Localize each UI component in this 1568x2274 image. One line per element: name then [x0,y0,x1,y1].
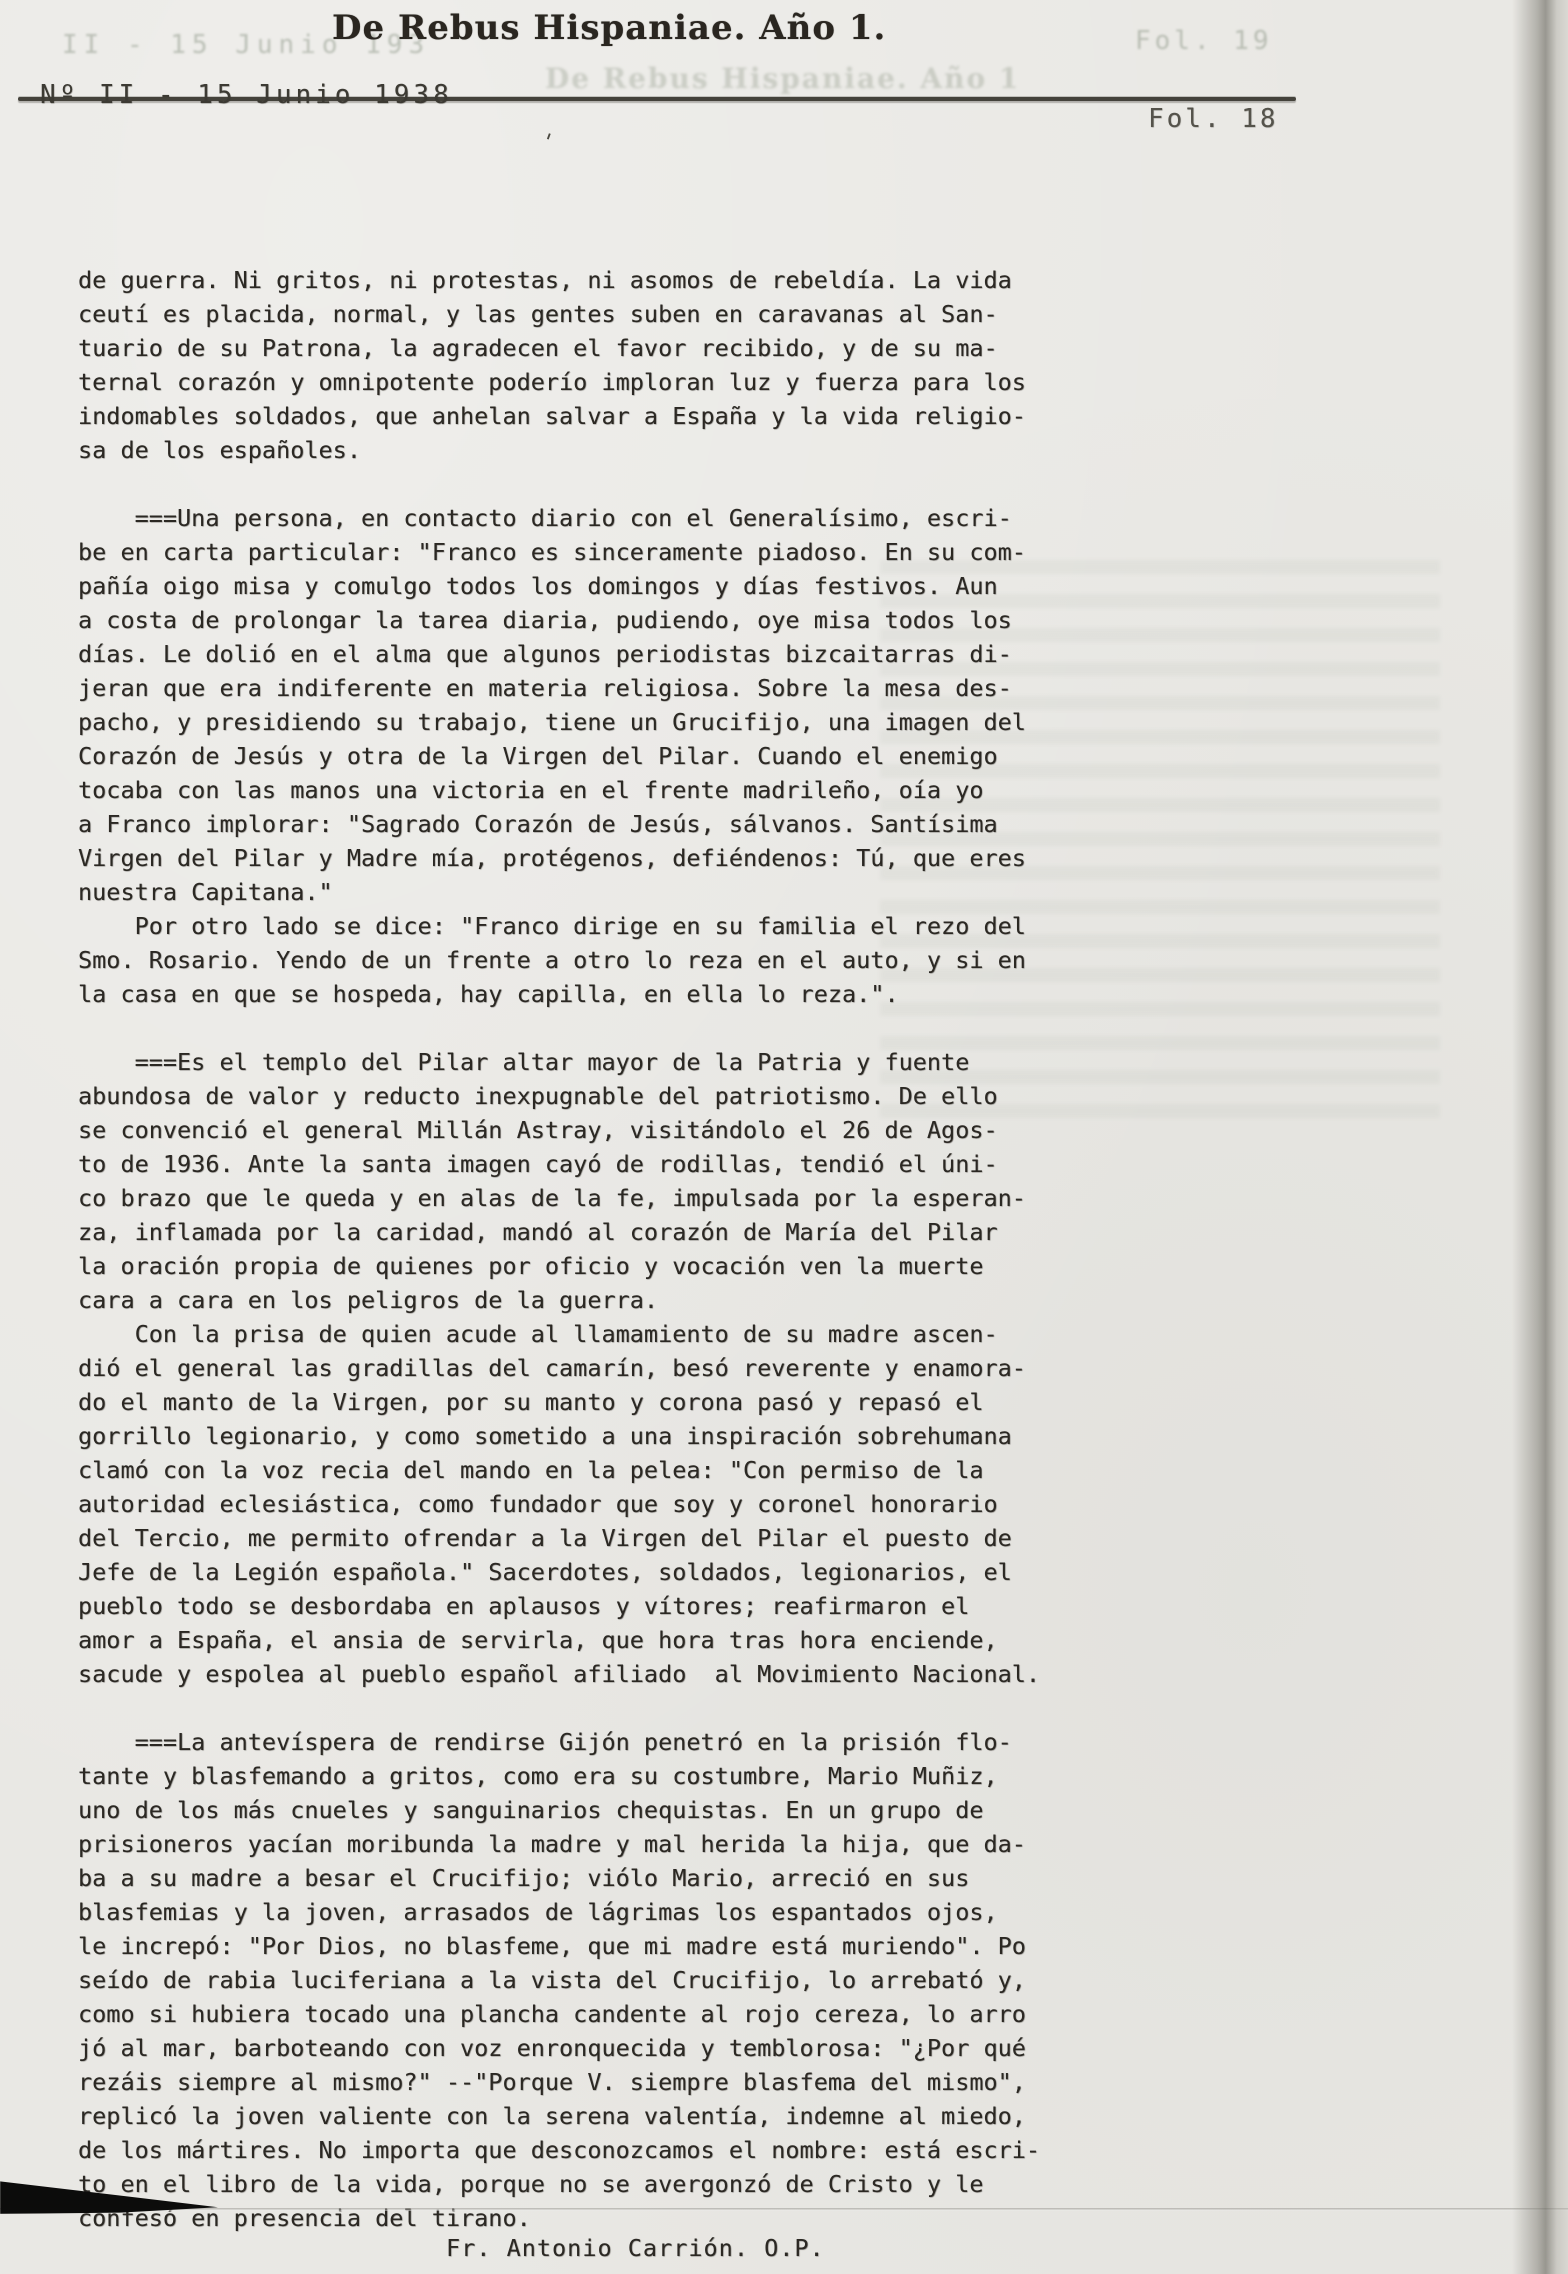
text-line: uno de los más cnueles y sanguinarios ch… [78,1793,1118,1827]
text-line: ===Una persona, en contacto diario con e… [78,501,1118,535]
text-line: pañía oigo misa y comulgo todos los domi… [78,569,1118,603]
text-line: la oración propia de quienes por oficio … [78,1249,1118,1283]
text-line: jó al mar, barboteando con voz enronquec… [78,2031,1118,2065]
text-line: replicó la joven valiente con la serena … [78,2099,1118,2133]
text-line: ternal corazón y omnipotente poderío imp… [78,365,1118,399]
text-line: co brazo que le queda y en alas de la fe… [78,1181,1118,1215]
text-line: Virgen del Pilar y Madre mía, protégenos… [78,841,1118,875]
text-line: Por otro lado se dice: "Franco dirige en… [78,909,1118,943]
text-line: prisioneros yacían moribunda la madre y … [78,1827,1118,1861]
text-line [78,1691,1118,1725]
text-line: tuario de su Patrona, la agradecen el fa… [78,331,1118,365]
text-line: pueblo todo se desbordaba en aplausos y … [78,1589,1118,1623]
text-line: la casa en que se hospeda, hay capilla, … [78,977,1118,1011]
text-line: indomables soldados, que anhelan salvar … [78,399,1118,433]
crease-line [0,2208,1568,2211]
text-line: Con la prisa de quien acude al llamamien… [78,1317,1118,1351]
text-line: tocaba con las manos una victoria en el … [78,773,1118,807]
document-page: II - 15 Junio 193 De Rebus Hispaniae. Añ… [0,0,1568,2274]
typewritten-text: de guerra. Ni gritos, ni protestas, ni a… [78,263,1118,2235]
text-line: amor a España, el ansia de servirla, que… [78,1623,1118,1657]
text-line: se convenció el general Millán Astray, v… [78,1113,1118,1147]
text-line: to de 1936. Ante la santa imagen cayó de… [78,1147,1118,1181]
text-line: nuestra Capitana." [78,875,1118,909]
text-line: Smo. Rosario. Yendo de un frente a otro … [78,943,1118,977]
folio-number: Fol. 18 [1148,104,1279,134]
text-line: días. Le dolió en el alma que algunos pe… [78,637,1118,671]
text-line: be en carta particular: "Franco es since… [78,535,1118,569]
stray-ink-mark: ' [536,128,557,156]
text-line: ba a su madre a besar el Crucifijo; viól… [78,1861,1118,1895]
text-line [78,467,1118,501]
text-line: le increpó: "Por Dios, no blasfeme, que … [78,1929,1118,1963]
text-line: to en el libro de la vida, porque no se … [78,2167,1118,2201]
text-line: Corazón de Jesús y otra de la Virgen del… [78,739,1118,773]
text-line: cara a cara en los peligros de la guerra… [78,1283,1118,1317]
text-line: como si hubiera tocado una plancha cande… [78,1997,1118,2031]
text-line: confesó en presencia del tirano. [78,2201,1118,2235]
text-line: za, inflamada por la caridad, mandó al c… [78,1215,1118,1249]
text-line: a costa de prolongar la tarea diaria, pu… [78,603,1118,637]
text-line: de guerra. Ni gritos, ni protestas, ni a… [78,263,1118,297]
text-line: de los mártires. No importa que desconoz… [78,2133,1118,2167]
text-line: blasfemias y la joven, arrasados de lágr… [78,1895,1118,1929]
text-line: ===La antevíspera de rendirse Gijón pene… [78,1725,1118,1759]
issue-date-line: Nº II - 15 Junio 1938 [40,80,453,110]
text-line: seído de rabia luciferiana a la vista de… [78,1963,1118,1997]
text-line: rezáis siempre al mismo?" --"Porque V. s… [78,2065,1118,2099]
text-line: sa de los españoles. [78,433,1118,467]
page-title: De Rebus Hispaniae. Año 1. [332,8,886,48]
page-edge-shadow [1512,0,1568,2274]
text-line: del Tercio, me permito ofrendar a la Vir… [78,1521,1118,1555]
text-line: gorrillo legionario, y como sometido a u… [78,1419,1118,1453]
text-line: jeran que era indiferente en materia rel… [78,671,1118,705]
text-line: autoridad eclesiástica, como fundador qu… [78,1487,1118,1521]
text-line [78,1011,1118,1045]
text-line: Jefe de la Legión española." Sacerdotes,… [78,1555,1118,1589]
text-line: dió el general las gradillas del camarín… [78,1351,1118,1385]
text-line: a Franco implorar: "Sagrado Corazón de J… [78,807,1118,841]
text-line: clamó con la voz recia del mando en la p… [78,1453,1118,1487]
text-line: abundosa de valor y reducto inexpugnable… [78,1079,1118,1113]
author-signature: Fr. Antonio Carrión. O.P. [446,2234,825,2262]
text-line: do el manto de la Virgen, por su manto y… [78,1385,1118,1419]
text-line: ===Es el templo del Pilar altar mayor de… [78,1045,1118,1079]
text-line: pacho, y presidiendo su trabajo, tiene u… [78,705,1118,739]
text-line: tante y blasfemando a gritos, como era s… [78,1759,1118,1793]
text-line: sacude y espolea al pueblo español afili… [78,1657,1118,1691]
text-line: ceutí es placida, normal, y las gentes s… [78,297,1118,331]
ghost-title: De Rebus Hispaniae. Año 1 [545,62,1020,95]
ghost-folio: Fol. 19 [1135,26,1273,56]
